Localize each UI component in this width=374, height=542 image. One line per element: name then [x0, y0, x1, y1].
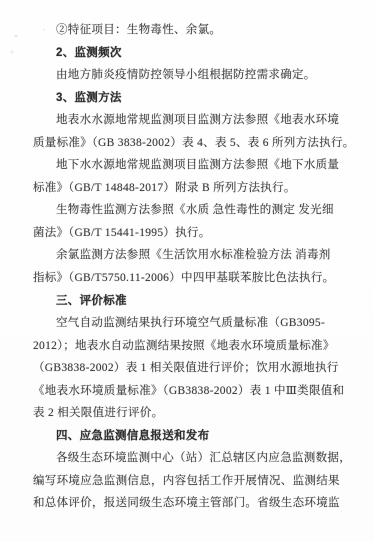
paragraph-line: 由地方肺炎疫情防控领导小组根据防控需求确定。: [33, 64, 364, 87]
paragraph-line: 地下水水源地常规监测项目监测方法参照《地下水质量: [33, 154, 364, 177]
paragraph-line: 菌法》（GB/T 15441-1995）执行。: [33, 222, 364, 245]
paragraph-line: 编写环境应急监测信息，内容包括工作开展情况、监测结果: [33, 470, 364, 493]
paragraph-line: 各级生态环境监测中心（站）汇总辖区内应急监测数据，: [33, 447, 364, 470]
paragraph-line: 2012）；地表水自动监测结果按照《地表水环境质量标准》: [33, 335, 364, 358]
paragraph-line: 表 2 相关限值进行评价。: [33, 402, 364, 425]
paragraph-line: （GB3838-2002）表 1 相关限值进行评价；饮用水源地执行: [33, 357, 364, 380]
section-heading: 3、监测方法: [33, 87, 364, 110]
paragraph-line: 地表水水源地常规监测项目监测方法参照《地表水环境: [33, 109, 364, 132]
section-heading: 四、应急监测信息报送和发布: [33, 425, 364, 448]
document-body: ②特征项目：生物毒性、余氯。2、监测频次由地方肺炎疫情防控领导小组根据防控需求确…: [33, 19, 364, 515]
paragraph-line: 质量标准》（GB 3838-2002）表 4、表 5、表 6 所列方法执行。: [33, 132, 364, 155]
paragraph-line: 《地表水环境质量标准》（GB3838-2002）表 1 中Ⅲ类限值和: [33, 380, 364, 403]
section-heading: 2、监测频次: [33, 42, 364, 65]
paragraph-line: ②特征项目：生物毒性、余氯。: [33, 19, 364, 42]
paragraph-line: 余氯监测方法参照《生活饮用水标准检验方法 消毒剂: [33, 244, 364, 267]
paragraph-line: 和总体评价，报送同级生态环境主管部门。省级生态环境监: [33, 492, 364, 515]
section-heading: 三、评价标准: [33, 290, 364, 313]
paragraph-line: 指标》（GB/T5750.11-2006）中四甲基联苯胺比色法执行。: [33, 267, 364, 290]
paragraph-line: 空气自动监测结果执行环境空气质量标准（GB3095-: [33, 312, 364, 335]
paragraph-line: 生物毒性监测方法参照《水质 急性毒性的测定 发光细: [33, 199, 364, 222]
paragraph-line: 标准》（GB/T 14848-2017）附录 B 所列方法执行。: [33, 177, 364, 200]
scanned-document-page: ②特征项目：生物毒性、余氯。2、监测频次由地方肺炎疫情防控领导小组根据防控需求确…: [0, 0, 374, 542]
